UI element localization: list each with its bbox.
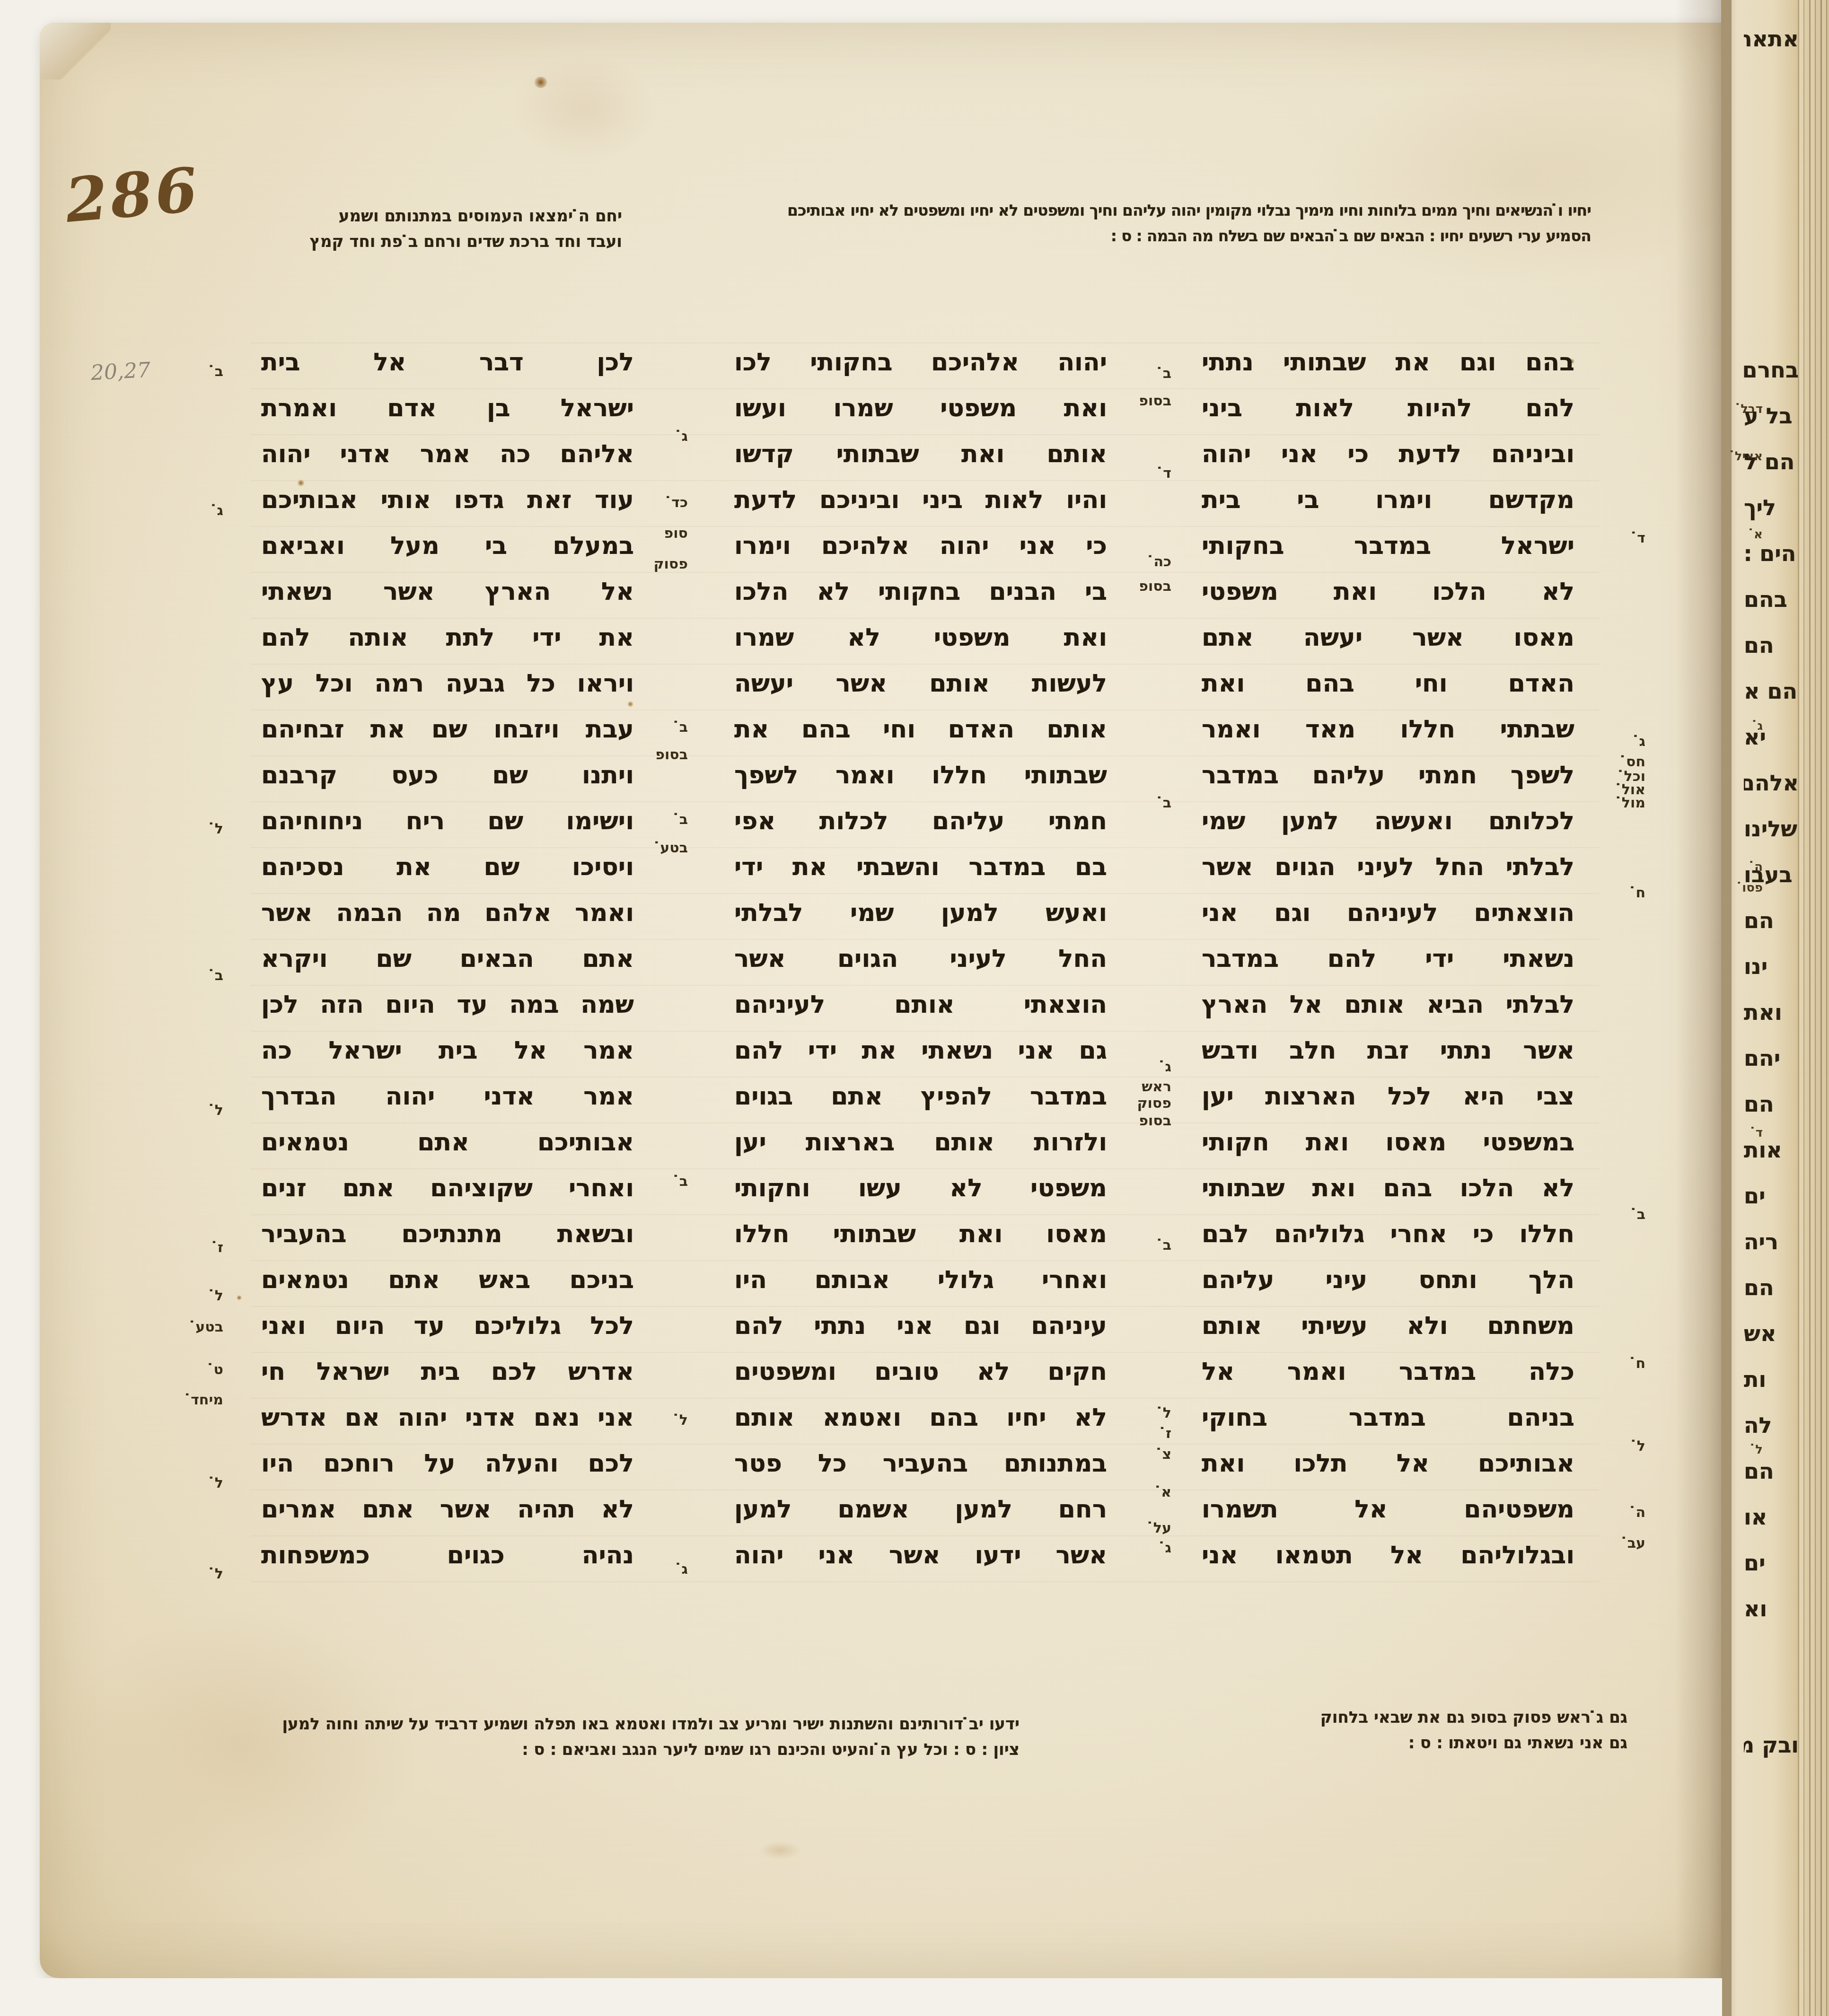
scan-background-bottom [0,1978,1722,2016]
text-line: ועבד וחד ברכת שדים ורחם ב̇ פת וחד קמץ [293,229,622,254]
facing-page-word-fragment: יא [1744,724,1799,750]
text-line: את ידי לתת אותה להם [261,623,634,669]
foxing-spot [237,1295,242,1300]
text-line: ואמר אלהם מה הבמה אשר [261,899,634,945]
page-corner-fold [40,23,111,79]
margin-note: בסופ [655,746,688,763]
margin-note: ג̇ [1165,1059,1171,1075]
margin-note: ל̇ [215,1102,223,1119]
facing-page-word-fragment: יהם [1744,1045,1799,1071]
text-line: לבלתי החל לעיני הגוים אשר [1202,853,1574,899]
text-line: ואחרי גלולי אבותם היו [734,1266,1107,1312]
margin-note: ב̇ [679,811,688,828]
pencil-chapter-verse-note: 20,27 [90,358,151,386]
text-line: שמה במה עד היום הזה לכן [261,990,634,1036]
text-line: במתנותם בהעביר כל פטר [734,1449,1107,1495]
text-line: משחתם ולא עשיתי אותם [1202,1312,1574,1358]
margin-note: מיחד̇ [191,1392,223,1408]
facing-page-word-fragment: לה [1744,1412,1799,1438]
facing-page-word-fragment: הם [1744,908,1799,933]
facing-page-word-fragment: ינו [1744,954,1799,979]
margin-note: פסוק [653,556,688,572]
margin-note: ל̇ [215,1288,223,1304]
text-line: הוצאתים לעיניהם וגם אני [1202,899,1574,945]
text-line: חללו כי אחרי גלוליהם לבם [1202,1220,1574,1266]
text-line: לכן דבר אל בית [261,348,634,394]
margin-note: בסופ [1139,578,1171,595]
text-line: מאסו ואת שבתותי חללו [734,1220,1107,1266]
facing-page-word-fragment: הם [1744,1458,1799,1484]
margin-note: ל̇ [1163,1405,1171,1421]
text-line: אדרש לכם בית ישראל חי [261,1358,634,1403]
margin-note: ג̇ [1165,1540,1171,1556]
facing-page-word-fragment: אות [1744,1137,1799,1163]
masorah-magna-top-left: יחם ה̇ ימצאו העמוסים במתנותם ושמעועבד וח… [293,203,622,254]
masorah-parva-outer-left: ב̇ג̇ל̇ב̇ל̇ז̇ל̇בטע̇ט̇מיחד̇ל̇ל̇ [174,0,225,2016]
facing-page-word-fragment: בהם [1744,587,1799,612]
margin-note: ג̇ [682,428,688,445]
text-line: אתם הבאים שם ויקרא [261,945,634,990]
text-line: אבותיכם אתם נטמאים [261,1128,634,1174]
text-line: אני נאם אדני יהוה אם אדרש [261,1403,634,1449]
text-line: לשפך חמתי עליהם במדבר [1202,761,1574,807]
text-line: ובשאת מתנתיכם בהעביר [261,1220,634,1266]
margin-note: פסוק [1137,1095,1171,1112]
text-line: לעשות אותם אשר יעשה [734,669,1107,715]
text-line: הסמיע ערי רשעים יחיו ׃ הבאים שם ב̇ הבאים… [768,223,1591,249]
text-line: וביניהם לדעת כי אני יהוה [1202,440,1574,486]
text-line: מאסו אשר יעשה אתם [1202,623,1574,669]
facing-page-word-fragment: ואת [1744,999,1799,1025]
text-line: אשר ידעו אשר אני יהוה [734,1541,1107,1587]
margin-note: ד̇ [1163,465,1171,482]
margin-note: בסופ [1139,1113,1171,1129]
margin-note: סופ [664,525,688,542]
text-line: במעלם בי מעל ואביאם [261,532,634,578]
text-line: אשר נתתי זבת חלב ודבש [1202,1036,1574,1082]
margin-note: ב̇ [1163,365,1171,382]
margin-note: ל̇ [215,1475,223,1491]
text-line: מקדשם וימרו בי בית [1202,486,1574,532]
text-line: שבתתי חללו מאד ואמר [1202,715,1574,761]
text-line: לכל גלוליכם עד היום ואני [261,1312,634,1358]
text-line: בי הבנים בחקותי לא הלכו [734,578,1107,623]
margin-note: ח̇ [1636,1355,1645,1372]
text-line: לא תהיה אשר אתם אמרים [261,1495,634,1541]
facing-page-word-fragment: הם [1744,1275,1799,1300]
text-line: ידעו יב̇ דורותינם והשתנות ישיר ומריע צב … [263,1711,1020,1737]
text-column-left: לכן דבר אל ביתישראל בן אדם ואמרתאליהם כה… [261,348,634,1587]
text-line: כי אני יהוה אלהיכם וימרו [734,532,1107,578]
margin-note: ז̇ [1166,1425,1171,1442]
facing-page-text-fragments: אתאתהבחרםבל עהם לליךהים ׃בהםהםהם איאאלהם… [1744,0,1799,2016]
facing-page-word-fragment: בל ע [1744,403,1799,429]
margin-note: ל̇ [215,821,223,837]
text-line: בהם וגם את שבתותי נתתי [1202,348,1574,394]
margin-note: ל̇ [1637,1438,1645,1455]
text-line: ואעש למען שמי לבלתי [734,899,1107,945]
margin-note: ב̇ [679,1173,688,1190]
text-line: חקים לא טובים ומשפטים [734,1358,1107,1403]
text-line: יחיו ו̇ הנשיאים וחיך ממים בלוחות וחיו מי… [768,198,1591,223]
masorah-magna-top-right: יחיו ו̇ הנשיאים וחיך ממים בלוחות וחיו מי… [768,198,1591,249]
facing-page-word-fragment: ליך [1744,495,1799,520]
margin-note: מול̇ [1622,795,1645,811]
margin-note: ד̇ [1637,530,1645,546]
margin-note: כה̇ [1153,553,1171,570]
text-line: אמר אדני יהוה הבדרך [261,1082,634,1128]
text-line: לבלתי הביא אותם אל הארץ [1202,990,1574,1036]
text-line: לא הלכו ואת משפטי [1202,578,1574,623]
scan-background-top [0,0,1829,23]
text-line: בם במדבר והשבתי את ידי [734,853,1107,899]
facing-page-word-fragment: הים ׃ [1744,541,1799,566]
text-line: גם אני נשאתי את ידי להם [734,1036,1107,1082]
text-line: אבותיכם אל תלכו ואת [1202,1449,1574,1495]
facing-page-word-fragment: ות [1744,1367,1799,1392]
text-line: בניכם באש אתם נטמאים [261,1266,634,1312]
margin-note: צ̇ [1162,1446,1171,1463]
margin-note: ט̇ [214,1361,223,1378]
text-line: ולזרות אותם בארצות יען [734,1128,1107,1174]
text-line: ויסיכו שם את נסכיהם [261,853,634,899]
stacked-leaf-edges [1798,0,1829,2016]
margin-note: ב̇ [1637,1206,1645,1223]
parchment-stain [759,1841,801,1860]
margin-note: ב̇ [1163,795,1171,811]
text-line: אליהם כה אמר אדני יהוה [261,440,634,486]
text-line: שבתותי חללו ואמר לשפך [734,761,1107,807]
text-line: אותם ואת שבתותי קדשו [734,440,1107,486]
text-line: ואת משפטי לא שמרו [734,623,1107,669]
facing-page-word-fragment: או [1744,1504,1799,1530]
facing-page-word-fragment: שלינו [1744,816,1799,841]
margin-note: ב̇ [679,719,688,736]
text-line: לא יחיו בהם ואטמא אותם [734,1403,1107,1449]
facing-page-word-fragment: בעבו [1744,862,1799,887]
facing-page-word-fragment: הם [1744,632,1799,658]
facing-page-word-fragment: הם [1744,1091,1799,1117]
text-line: וישימו שם ריח ניחוחיהם [261,807,634,853]
margin-note: א̇ [1161,1484,1171,1500]
margin-note: ב̇ [215,363,223,380]
margin-note: ג̇ [682,1561,688,1578]
margin-note: ל̇ [679,1412,688,1429]
text-line: ואחרי שקוציהם אתם זנים [261,1174,634,1220]
text-line: ישראל בן אדם ואמרת [261,394,634,440]
text-line: נשאתי ידי להם במדבר [1202,945,1574,990]
text-line: אל הארץ אשר נשאתי [261,578,634,623]
masorah-magna-bottom-right: גם ג̇ ראש פסוק בסופ גם את שבאי בלחוקגם א… [1161,1705,1627,1756]
margin-note: ח̇ [1636,885,1645,901]
text-line: כלה במדבר ואמר אל [1202,1358,1574,1403]
text-line: ויראו כל גבעה רמה וכל עץ [261,669,634,715]
text-line: בניהם במדבר בחוקי [1202,1403,1574,1449]
facing-page-word-fragment: ריה [1744,1229,1799,1254]
text-line: החל לעיני הגוים אשר [734,945,1107,990]
manuscript-photo: 286 20,27 יחם ה̇ ימצאו העמוסים במתנותם ו… [0,0,1829,2016]
facing-page-word-fragment: הם א [1744,678,1799,704]
margin-note: ב̇ [1163,1237,1171,1253]
text-line: במדבר להפיץ אתם בגוים [734,1082,1107,1128]
text-line: משפטיהם אל תשמרו [1202,1495,1574,1541]
text-line: גם ג̇ ראש פסוק בסופ גם את שבאי בלחוק [1161,1705,1627,1730]
text-line: לכלותם ואעשה למען שמי [1202,807,1574,853]
text-line: ויתנו שם כעס קרבנם [261,761,634,807]
text-line: נהיה כגוים כמשפחות [261,1541,634,1587]
text-line: רחם למען אשמם למען [734,1495,1107,1541]
text-line: עיניהם וגם אני נתתי להם [734,1312,1107,1358]
text-line: לא הלכו בהם ואת שבתותי [1202,1174,1574,1220]
facing-page-word-fragment: ים [1744,1183,1799,1209]
margin-note: על̇ [1153,1520,1171,1536]
margin-note: ג̇ [217,502,223,519]
margin-note: בסופ [1139,393,1171,409]
text-line: עוד זאת גדפו אותי אבותיכם [261,486,634,532]
text-line: צבי היא לכל הארצות יען [1202,1082,1574,1128]
text-line: עבת ויזבחו שם את זבחיהם [261,715,634,761]
margin-note: ב̇ [215,967,223,984]
text-line: חמתי עליהם לכלות אפי [734,807,1107,853]
text-line: משפטי לא עשו וחקותי [734,1174,1107,1220]
margin-note: חס̇ [1626,754,1645,770]
margin-note: בטע̇ [195,1319,223,1335]
gutter-shadow [1675,0,1732,2016]
text-line: ואת משפטי שמרו ועשו [734,394,1107,440]
facing-page-word-fragment: הם ל [1744,449,1799,474]
text-line: אותם האדם וחי בהם את [734,715,1107,761]
text-line: הלך ותחס עיני עליהם [1202,1266,1574,1312]
margin-note: ה̇ [1636,1504,1645,1521]
text-line: אמר אל בית ישראל כה [261,1036,634,1082]
margin-note: כד̇ [671,494,688,511]
facing-page-word-fragment: ים [1744,1550,1799,1576]
text-line: הוצאתי אותם לעיניהם [734,990,1107,1036]
ink-stain [534,77,548,88]
margin-note: ג̇ [1639,733,1645,750]
text-column-middle: יהוה אלהיכם בחקותי לכוואת משפטי שמרו ועש… [734,348,1107,1587]
text-line: להם להיות לאות ביני [1202,394,1574,440]
text-line: האדם וחי בהם ואת [1202,669,1574,715]
facing-page-word-fragment: אש [1744,1321,1799,1346]
margin-note: ל̇ [215,1566,223,1582]
text-line: ישראל במדבר בחקותי [1202,532,1574,578]
text-column-right: בהם וגם את שבתותי נתתילהם להיות לאות בינ… [1202,348,1574,1587]
margin-note: עב̇ [1627,1535,1645,1551]
margin-note: בטע̇ [660,840,688,856]
facing-page-word-fragment: בחרם [1744,357,1799,383]
facing-page-word-fragment: אלהם [1744,770,1799,796]
scan-background-left [0,0,40,2016]
text-line: ציון ׃ ס ׃ וכל עץ ה̇ והעיט והכינם רגו שמ… [263,1737,1020,1762]
text-line: לכם והעלה על רוחכם היו [261,1449,634,1495]
margin-note: ז̇ [218,1239,223,1256]
facing-page-word-fragment: ובק משא [1744,1732,1799,1758]
text-line: יחם ה̇ ימצאו העמוסים במתנותם ושמע [293,203,622,229]
text-line: במשפטי מאסו ואת חקותי [1202,1128,1574,1174]
facing-page-word-fragment: אתאתה [1744,26,1799,52]
masorah-magna-bottom-left: ידעו יב̇ דורותינם והשתנות ישיר ומריע צב … [263,1711,1020,1762]
text-line: גם אני נשאתי גם ויטאתו ׃ ס ׃ [1161,1730,1627,1756]
margin-note: ראש [1142,1078,1171,1095]
text-line: והיו לאות ביני וביניכם לדעת [734,486,1107,532]
facing-page-word-fragment: וא [1744,1596,1799,1622]
text-line: ובגלוליהם אל תטמאו אני [1202,1541,1574,1587]
text-line: יהוה אלהיכם בחקותי לכו [734,348,1107,394]
